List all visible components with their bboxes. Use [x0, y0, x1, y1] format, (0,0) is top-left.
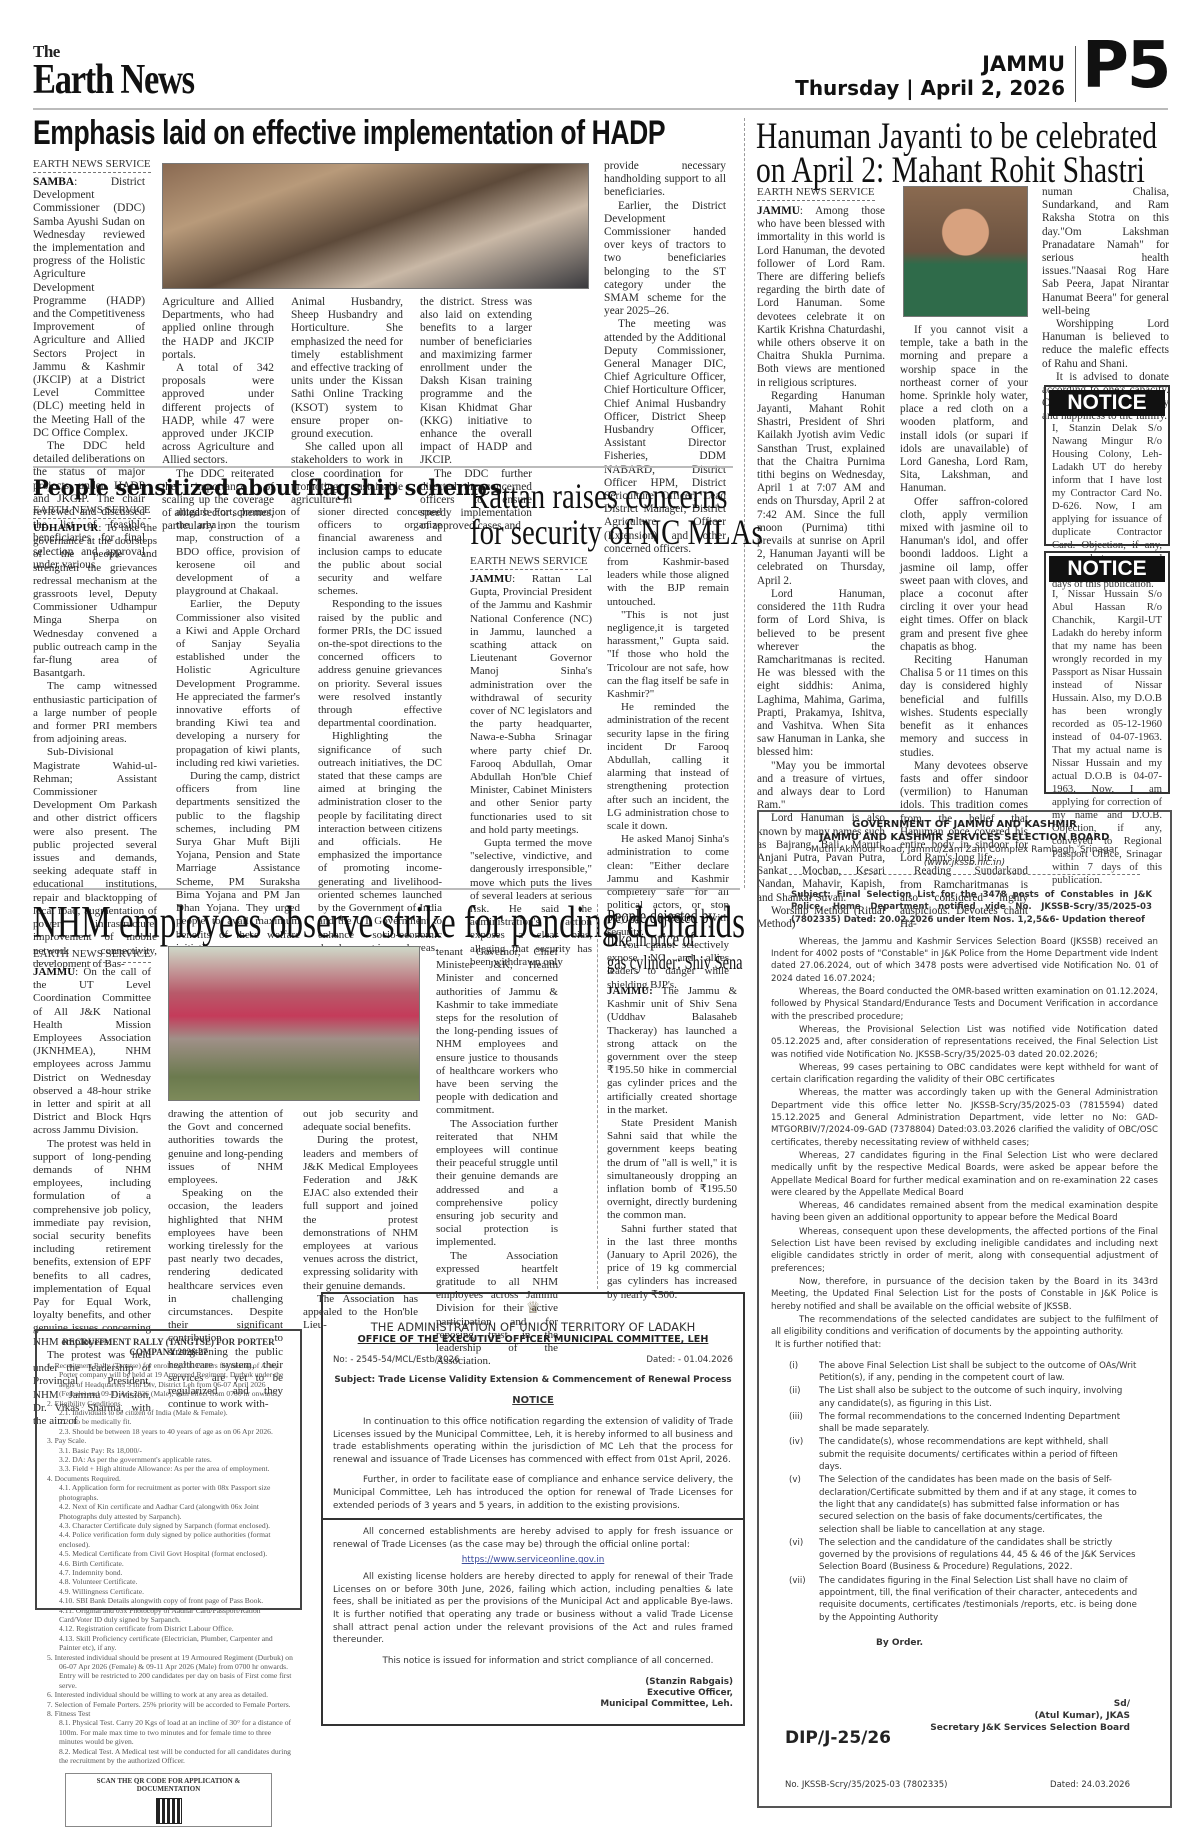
- jkssb-website: (www.jkssb.nic.in): [771, 857, 1158, 870]
- ladakh-notice-heading: NOTICE: [333, 1395, 733, 1406]
- rally-line: 4.11. Original and 03x Photocopy of Aadh…: [43, 1606, 294, 1625]
- jkssb-ref-no: No. JKSSB-Scry/35/2025-03 (7802335): [785, 1780, 947, 1790]
- ladakh-para: Further, in order to facilitate ease of …: [333, 1474, 733, 1512]
- jkssb-government-notice: GOVERNMENT OF JAMMU AND KASHMIR JAMMU AN…: [757, 810, 1172, 1808]
- rally-title: RECRUITMENT RALLY (TANGTSE) FOR PORTER C…: [43, 1337, 294, 1357]
- rally-line: 2.2. To be medically fit.: [43, 1417, 294, 1426]
- page-number-divider: [1075, 46, 1076, 102]
- rally-line: 8.2. Medical Test. A Medical test will b…: [43, 1747, 294, 1766]
- rally-line: 2. Eligibility Conditions.: [43, 1399, 294, 1408]
- dip-number: DIP/J-25/26: [785, 1728, 891, 1748]
- rally-line: 6. Interested individual should be willi…: [43, 1690, 294, 1699]
- jkssb-by-order: By Order.: [876, 1638, 1158, 1648]
- shivsena-headline: People dejected by hike in price of gas …: [607, 906, 795, 975]
- qr-code-icon[interactable]: [157, 1799, 181, 1823]
- ladakh-para: All existing license holders are hereby …: [333, 1571, 733, 1647]
- rally-line: 4.13. Skill Proficiency certificate (Ele…: [43, 1634, 294, 1653]
- section-divider: [33, 466, 733, 468]
- flagship-headline: People sensitized about flagship schemes: [33, 475, 502, 500]
- hanuman-byline: EARTH NEWS SERVICE: [757, 186, 875, 201]
- rattan-headline-line2: for security of NC MLAs: [470, 514, 763, 550]
- ladakh-para: All concerned establishments are hereby …: [333, 1526, 733, 1551]
- list-item: (vi)The selection and the candidature of…: [789, 1537, 1138, 1574]
- rally-lines: 1. Recruitment Rally (Tangtse) for enrol…: [43, 1361, 294, 1765]
- jkssb-dated: Dated: 24.03.2026: [1050, 1780, 1130, 1790]
- hadp-headline: Emphasis laid on effective implementatio…: [33, 114, 665, 152]
- rattan-headline-line1: Rattan raises concerns: [470, 478, 728, 514]
- jkssb-paragraphs: Whereas, the Jammu and Kashmir Services …: [771, 936, 1158, 1352]
- recruitment-rally-ad: RECRUITMENT RALLY (TANGTSE) FOR PORTER C…: [35, 1329, 302, 1610]
- mahant-portrait-photo: [903, 186, 1028, 317]
- jkssb-signature-block: Sd/(Atul Kumar), JKASSecretary J&K Servi…: [930, 1698, 1130, 1734]
- masthead-rule: [33, 108, 1168, 110]
- rally-line: 4.3. Character Certificate duly signed b…: [43, 1521, 294, 1530]
- notice-title: NOTICE: [1049, 556, 1165, 582]
- rally-line: 3.1. Basic Pay: Rs 18,000/-: [43, 1446, 294, 1455]
- rally-line: 4.12. Registration certificate from Dist…: [43, 1624, 294, 1633]
- column-divider: [597, 904, 598, 1289]
- list-item: (vii)The candidates figuring in the Fina…: [789, 1575, 1138, 1624]
- edition-city: JAMMU: [982, 52, 1065, 76]
- ladakh-ref-no: No: - 2545-54/MCL/Estb/2026: [333, 1355, 460, 1365]
- ladakh-closing: This notice is issued for information an…: [333, 1655, 733, 1668]
- rally-line: 8. Fitness Test: [43, 1709, 294, 1718]
- jkssb-rule: [789, 874, 1140, 875]
- rally-line: 4.5. Medical Certificate from Civil Govt…: [43, 1549, 294, 1558]
- rally-line: 3. Pay Scale.: [43, 1436, 294, 1445]
- ladakh-title-1: THE ADMINISTRATION OF UNION TERRITORY OF…: [333, 1320, 733, 1334]
- hanuman-headline-line2: on April 2: Mahant Rohit Shastri: [756, 152, 1145, 189]
- page-number: P5: [1082, 34, 1169, 98]
- rally-line: 4.7. Indemnity bond.: [43, 1568, 294, 1577]
- ladakh-title-2: OFFICE OF THE EXECUTIVE OFFICER MUNICIPA…: [333, 1334, 733, 1345]
- rally-line: 4.9. Willingness Certificate.: [43, 1587, 294, 1596]
- ladakh-para: In continuation to this office notificat…: [333, 1416, 733, 1466]
- rally-line: 1. Recruitment Rally (Tangtse) for enrol…: [43, 1361, 294, 1399]
- rattan-byline: EARTH NEWS SERVICE: [470, 555, 588, 570]
- rally-line: 3.2. DA: As per the government's applica…: [43, 1455, 294, 1464]
- shivsena-col-1: JAMMU: The Jammu & Kashmir unit of Shiv …: [607, 985, 737, 1302]
- rally-line: 4. Documents Required.: [43, 1474, 294, 1483]
- list-item: (v)The Selection of the candidates has b…: [789, 1474, 1138, 1535]
- rally-line: 8.1. Physical Test. Carry 20 Kgs of load…: [43, 1718, 294, 1746]
- qr-label: SCAN THE QR CODE FOR APPLICATION & DOCUM…: [69, 1777, 268, 1793]
- rally-line: 4.10. SBI Bank Details alongwith copy of…: [43, 1596, 294, 1605]
- qr-box: SCAN THE QR CODE FOR APPLICATION & DOCUM…: [65, 1773, 272, 1827]
- flagship-byline: EARTH NEWS SERVICE: [33, 504, 151, 519]
- jkssb-title-1: GOVERNMENT OF JAMMU AND KASHMIR: [771, 818, 1158, 831]
- section-divider: [33, 888, 740, 890]
- rally-line: 5. Interested individual should be prese…: [43, 1653, 294, 1691]
- ladakh-subject: Subject: Trade License Validity Extensio…: [333, 1375, 733, 1385]
- service-portal-link[interactable]: https://www.serviceonline.gov.in: [333, 1555, 733, 1565]
- ladakh-signature-block: (Stanzin Rabgais)Executive Officer,Munic…: [333, 1677, 733, 1710]
- newspaper-name: Earth News: [33, 56, 194, 104]
- rally-line: 7. Selection of Female Porters. 25% prio…: [43, 1700, 294, 1709]
- ladakh-municipal-notice-continued: All concerned establishments are hereby …: [321, 1518, 745, 1726]
- rally-line: 4.8. Volunteer Certificate.: [43, 1577, 294, 1586]
- hadp-byline: EARTH NEWS SERVICE: [33, 158, 151, 173]
- column-divider: [744, 118, 745, 888]
- ladakh-dated: Dated: - 01.04.2026: [646, 1355, 733, 1365]
- jkssb-subject: Subject: Final Selection List for the 34…: [771, 889, 1158, 926]
- list-item: (iii)The formal recommendations to the c…: [789, 1411, 1138, 1436]
- ladakh-ref-row: No: - 2545-54/MCL/Estb/2026Dated: - 01.0…: [333, 1355, 733, 1365]
- rally-line: 4.2. Next of Kin certificate and Aadhar …: [43, 1502, 294, 1521]
- notice-lost-contractor-card: NOTICE I, Stanzin Delak S/o Nawang Mingu…: [1044, 385, 1170, 546]
- jkssb-conditions-list: (i)The above Final Selection List shall …: [771, 1360, 1158, 1624]
- edition-date: Thursday | April 2, 2026: [795, 76, 1065, 100]
- list-item: (iv)The candidate(s), whose recommendati…: [789, 1436, 1138, 1473]
- rally-line: 4.4. Police verification form duly signe…: [43, 1530, 294, 1549]
- jkssb-title-2: JAMMU AND KASHMIR SERVICES SELECTION BOA…: [771, 831, 1158, 844]
- hadp-meeting-photo: [162, 163, 589, 289]
- emblem-icon: ♕: [333, 1302, 733, 1314]
- rally-line: 2.3. Should be between 18 years to 40 ye…: [43, 1427, 294, 1436]
- rally-line: 4.6. Birth Certificate.: [43, 1559, 294, 1568]
- rally-line: 4.1. Application form for recruitment as…: [43, 1483, 294, 1502]
- ladakh-municipal-notice: ♕ THE ADMINISTRATION OF UNION TERRITORY …: [321, 1292, 745, 1520]
- rally-line: 2.1. Individuals to be citizen of India …: [43, 1408, 294, 1417]
- nhm-protest-photo: [168, 946, 420, 1101]
- notice-title: NOTICE: [1049, 390, 1165, 416]
- rally-line: 3.3. Field + High altitude Allowance: As…: [43, 1464, 294, 1473]
- list-item: (i)The above Final Selection List shall …: [789, 1360, 1138, 1385]
- nhm-byline: EARTH NEWS SERVICE: [33, 948, 151, 963]
- list-item: (ii)The List shall also be subject to th…: [789, 1385, 1138, 1410]
- notice-name-correction: NOTICE I, Nissar Hussain S/o Abul Hassan…: [1044, 551, 1170, 794]
- jkssb-address: Muthi Akhnoor Road, Jammu/Zam Zam Comple…: [771, 844, 1158, 857]
